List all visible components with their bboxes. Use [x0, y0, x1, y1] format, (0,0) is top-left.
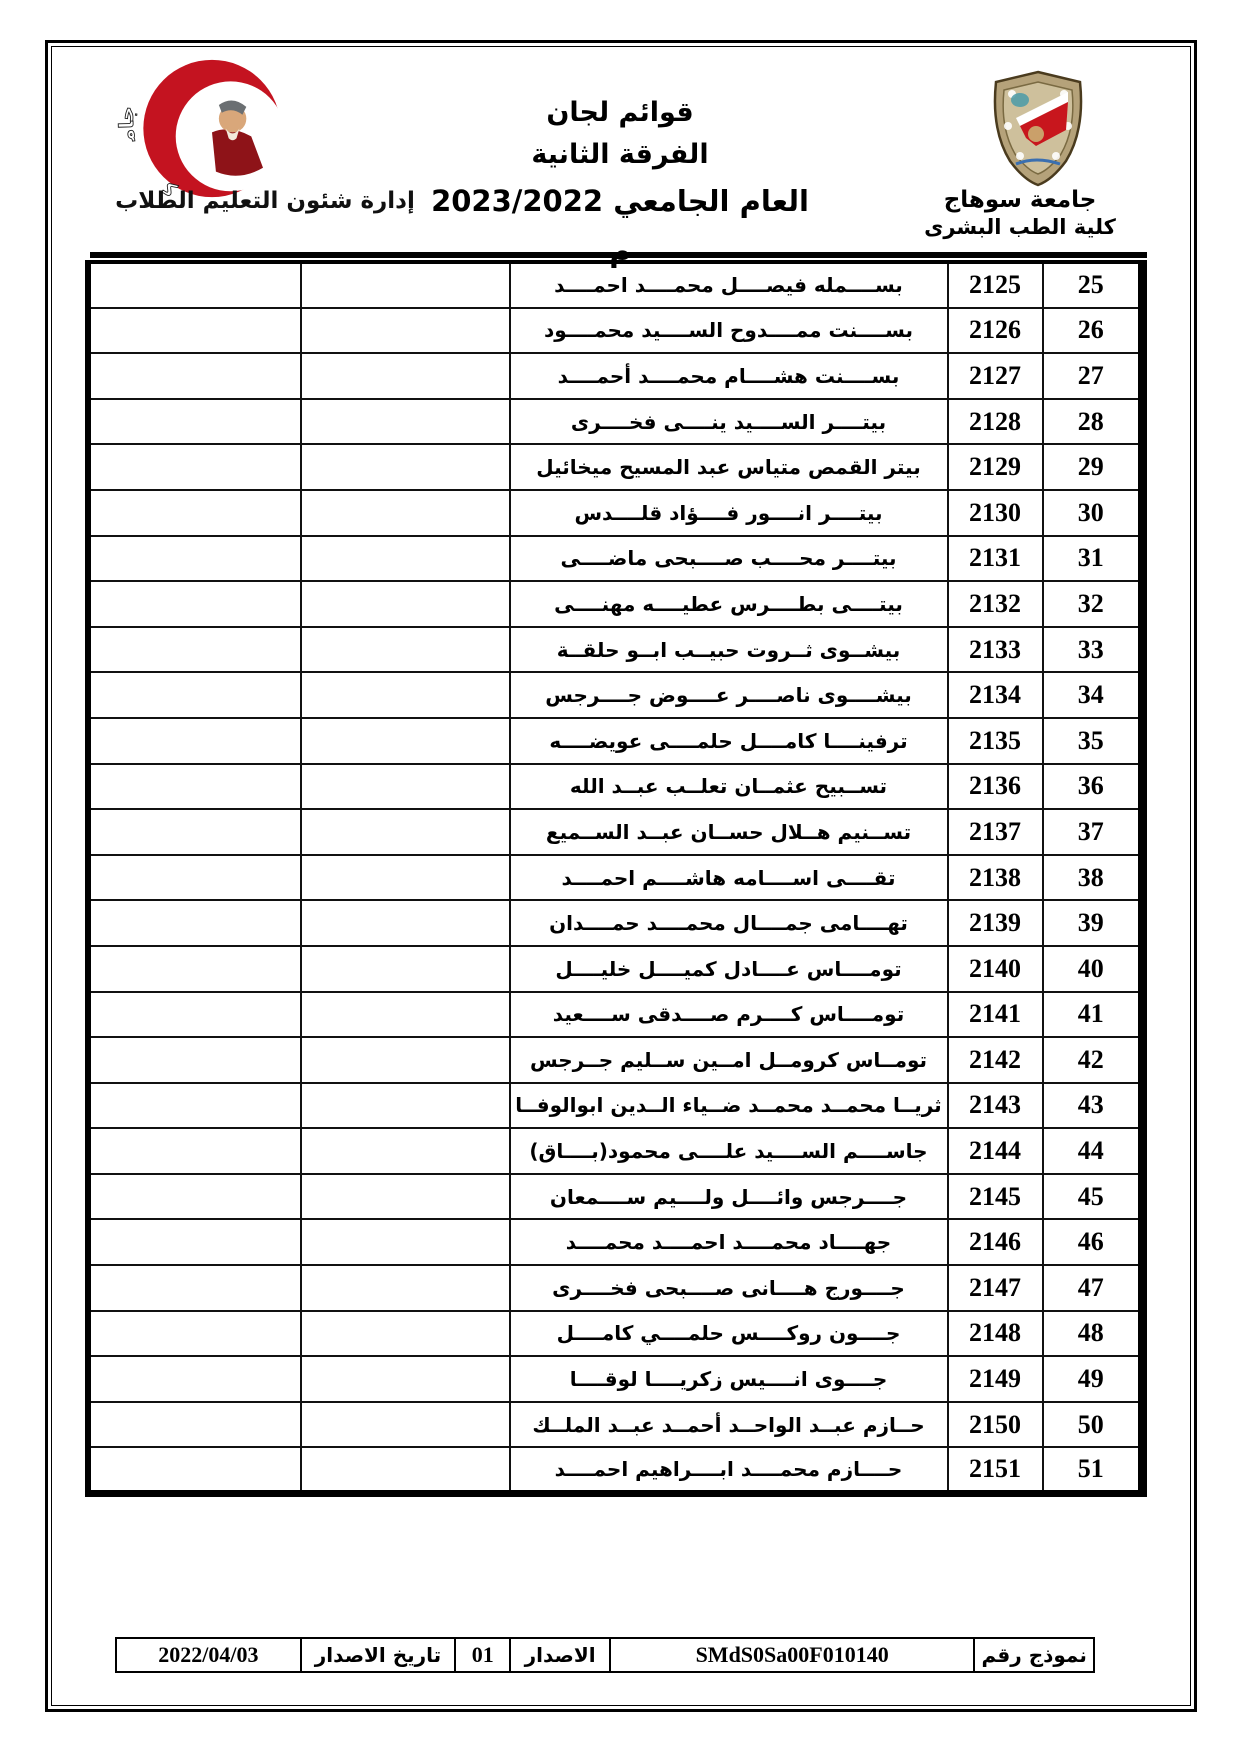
empty-cell	[301, 1356, 510, 1402]
row-student-name: تســبيح عثمــان تعلــب عبــد الله	[510, 764, 948, 810]
row-serial: 44	[1043, 1128, 1143, 1174]
row-student-name: تومــــاس كــــرم صــــدقى ســــعيد	[510, 992, 948, 1038]
title-grade: الفرقة الثانية	[425, 134, 815, 176]
form-number-code: SMdS0Sa00F010140	[610, 1638, 974, 1672]
row-serial: 41	[1043, 992, 1143, 1038]
empty-cell	[88, 353, 301, 399]
empty-cell	[301, 1174, 510, 1220]
row-student-name: جاســــم الســــيد علــــى محمود(بــــاق…	[510, 1128, 948, 1174]
row-serial: 31	[1043, 536, 1143, 582]
students-table-wrap: 252125بســــمله فيصــــل محمــــد احمـــ…	[90, 252, 1147, 1497]
empty-cell	[301, 581, 510, 627]
student-row: 462146جهــــاد محمــــد احمــــد محمــــ…	[88, 1219, 1143, 1265]
student-row: 492149جــــوى انــــيس زكريــــا لوقــــ…	[88, 1356, 1143, 1402]
row-student-name: بســــمله فيصــــل محمــــد احمــــد	[510, 262, 948, 308]
empty-cell	[88, 444, 301, 490]
row-student-name: تســنيم هــلال حســان عبــد الســميع	[510, 809, 948, 855]
row-seat-number: 2140	[948, 946, 1043, 992]
row-serial: 47	[1043, 1265, 1143, 1311]
row-seat-number: 2131	[948, 536, 1043, 582]
row-student-name: جــــوى انــــيس زكريــــا لوقــــا	[510, 1356, 948, 1402]
row-student-name: بيشــوى ثــروت حبيــب ابــو حلقــة	[510, 627, 948, 673]
row-serial: 48	[1043, 1311, 1143, 1357]
row-seat-number: 2142	[948, 1037, 1043, 1083]
row-serial: 27	[1043, 353, 1143, 399]
row-serial: 28	[1043, 399, 1143, 445]
row-serial: 43	[1043, 1083, 1143, 1129]
empty-cell	[88, 809, 301, 855]
empty-cell	[88, 946, 301, 992]
row-seat-number: 2137	[948, 809, 1043, 855]
faculty-name: كلية الطب البشرى	[900, 214, 1140, 240]
row-student-name: حــــازم محمــــد ابــــراهيم احمــــد	[510, 1447, 948, 1493]
empty-cell	[88, 627, 301, 673]
empty-cell	[301, 855, 510, 901]
row-student-name: حــازم عبــد الواحــد أحمــد عبــد الملـ…	[510, 1402, 948, 1448]
empty-cell	[301, 809, 510, 855]
row-seat-number: 2132	[948, 581, 1043, 627]
student-row: 402140تومــــاس عــــادل كميــــل خليـــ…	[88, 946, 1143, 992]
empty-cell	[88, 262, 301, 308]
row-serial: 50	[1043, 1402, 1143, 1448]
row-seat-number: 2127	[948, 353, 1043, 399]
row-serial: 35	[1043, 718, 1143, 764]
university-name: جامعة سوهاج	[900, 186, 1140, 214]
issue-date-value: 2022/04/03	[116, 1638, 301, 1672]
students-table: 252125بســــمله فيصــــل محمــــد احمـــ…	[85, 260, 1148, 1497]
row-student-name: بســــنت ممــــدوح الســــيد محمــــود	[510, 308, 948, 354]
row-student-name: جــــورج هــــانى صــــبحى فخــــرى	[510, 1265, 948, 1311]
empty-cell	[88, 1174, 301, 1220]
row-serial: 42	[1043, 1037, 1143, 1083]
empty-cell	[301, 444, 510, 490]
row-seat-number: 2138	[948, 855, 1043, 901]
form-metadata-table: نموذج رقم SMdS0Sa00F010140 الاصدار 01 تا…	[115, 1637, 1095, 1673]
student-row: 382138تقــــى اســــامه هاشــــم احمــــ…	[88, 855, 1143, 901]
empty-cell	[88, 1311, 301, 1357]
row-seat-number: 2143	[948, 1083, 1043, 1129]
row-serial: 49	[1043, 1356, 1143, 1402]
empty-cell	[88, 718, 301, 764]
row-seat-number: 2144	[948, 1128, 1043, 1174]
row-student-name: بيشــــوى ناصــــر عــــوض جــــرجس	[510, 672, 948, 718]
student-row: 292129بيتر القمص متياس عبد المسيح ميخائي…	[88, 444, 1143, 490]
student-row: 512151حــــازم محمــــد ابــــراهيم احمـ…	[88, 1447, 1143, 1493]
empty-cell	[301, 900, 510, 946]
row-student-name: بيتــــر الســــيد ينــــى فخــــرى	[510, 399, 948, 445]
student-row: 332133بيشــوى ثــروت حبيــب ابــو حلقــة	[88, 627, 1143, 673]
title-committees: قوائم لجان	[425, 92, 815, 134]
empty-cell	[301, 399, 510, 445]
row-student-name: جهــــاد محمــــد احمــــد محمــــد	[510, 1219, 948, 1265]
student-row: 312131بيتــــر محــــب صــــبحى ماضــــى	[88, 536, 1143, 582]
row-student-name: بيتــــر محــــب صــــبحى ماضــــى	[510, 536, 948, 582]
empty-cell	[88, 764, 301, 810]
row-serial: 45	[1043, 1174, 1143, 1220]
empty-cell	[301, 1128, 510, 1174]
issue-date-label: تاريخ الاصدار	[301, 1638, 456, 1672]
row-seat-number: 2126	[948, 308, 1043, 354]
row-seat-number: 2145	[948, 1174, 1043, 1220]
row-serial: 33	[1043, 627, 1143, 673]
empty-cell	[301, 490, 510, 536]
empty-cell	[88, 399, 301, 445]
row-serial: 32	[1043, 581, 1143, 627]
row-seat-number: 2125	[948, 262, 1043, 308]
university-shield-logo	[978, 68, 1098, 188]
empty-cell	[301, 764, 510, 810]
empty-cell	[301, 946, 510, 992]
empty-cell	[301, 1311, 510, 1357]
student-row: 432143ثريــا محمــد محمــد ضــياء الــدي…	[88, 1083, 1143, 1129]
student-row: 502150حــازم عبــد الواحــد أحمــد عبــد…	[88, 1402, 1143, 1448]
row-seat-number: 2130	[948, 490, 1043, 536]
department-title: إدارة شئون التعليم الطلاب	[100, 188, 430, 214]
row-seat-number: 2133	[948, 627, 1043, 673]
row-serial: 38	[1043, 855, 1143, 901]
row-seat-number: 2141	[948, 992, 1043, 1038]
row-student-name: ترفينــــا كامــــل حلمــــى عويضــــه	[510, 718, 948, 764]
row-student-name: جــــرجس وائــــل ولــــيم ســــمعان	[510, 1174, 948, 1220]
row-seat-number: 2151	[948, 1447, 1043, 1493]
row-serial: 39	[1043, 900, 1143, 946]
row-student-name: تومــــاس عــــادل كميــــل خليــــل	[510, 946, 948, 992]
empty-cell	[301, 1447, 510, 1493]
empty-cell	[301, 308, 510, 354]
row-seat-number: 2139	[948, 900, 1043, 946]
student-row: 442144جاســــم الســــيد علــــى محمود(ب…	[88, 1128, 1143, 1174]
row-student-name: تقــــى اســــامه هاشــــم احمــــد	[510, 855, 948, 901]
row-seat-number: 2136	[948, 764, 1043, 810]
student-row: 362136تســبيح عثمــان تعلــب عبــد الله	[88, 764, 1143, 810]
empty-cell	[301, 262, 510, 308]
empty-cell	[301, 353, 510, 399]
row-student-name: بســــنت هشــــام محمــــد أحمــــد	[510, 353, 948, 399]
student-row: 352135ترفينــــا كامــــل حلمــــى عويضـ…	[88, 718, 1143, 764]
university-name-block: جامعة سوهاج كلية الطب البشرى	[900, 186, 1140, 240]
document-page: جامعة سوهاج كلية الطب إدارة شئون التعليم…	[0, 0, 1241, 1755]
row-serial: 26	[1043, 308, 1143, 354]
empty-cell	[301, 718, 510, 764]
row-seat-number: 2146	[948, 1219, 1043, 1265]
empty-cell	[88, 672, 301, 718]
student-row: 272127بســــنت هشــــام محمــــد أحمــــ…	[88, 353, 1143, 399]
row-serial: 51	[1043, 1447, 1143, 1493]
row-student-name: بيتر القمص متياس عبد المسيح ميخائيل	[510, 444, 948, 490]
row-student-name: تومــاس كرومــل امــين ســليم جــرجس	[510, 1037, 948, 1083]
student-row: 372137تســنيم هــلال حســان عبــد الســم…	[88, 809, 1143, 855]
form-number-label: نموذج رقم	[974, 1638, 1094, 1672]
student-row: 472147جــــورج هــــانى صــــبحى فخــــر…	[88, 1265, 1143, 1311]
empty-cell	[88, 1219, 301, 1265]
student-row: 342134بيشــــوى ناصــــر عــــوض جــــرج…	[88, 672, 1143, 718]
row-serial: 25	[1043, 262, 1143, 308]
empty-cell	[88, 1037, 301, 1083]
student-row: 262126بســــنت ممــــدوح الســــيد محمــ…	[88, 308, 1143, 354]
row-serial: 40	[1043, 946, 1143, 992]
student-row: 452145جــــرجس وائــــل ولــــيم ســــمع…	[88, 1174, 1143, 1220]
empty-cell	[88, 1083, 301, 1129]
empty-cell	[88, 581, 301, 627]
row-seat-number: 2147	[948, 1265, 1043, 1311]
empty-cell	[301, 1219, 510, 1265]
row-student-name: تهــــامى جمــــال محمــــد حمــــدان	[510, 900, 948, 946]
issue-value: 01	[455, 1638, 510, 1672]
row-seat-number: 2135	[948, 718, 1043, 764]
shield-figure	[1028, 126, 1044, 142]
student-row: 482148جــــون روكــــس حلمــــي كامــــل	[88, 1311, 1143, 1357]
empty-cell	[88, 992, 301, 1038]
empty-cell	[88, 1265, 301, 1311]
student-row: 412141تومــــاس كــــرم صــــدقى ســــعي…	[88, 992, 1143, 1038]
row-seat-number: 2148	[948, 1311, 1043, 1357]
empty-cell	[301, 1083, 510, 1129]
row-seat-number: 2150	[948, 1402, 1043, 1448]
faculty-crescent-logo: جامعة سوهاج كلية الطب	[112, 52, 312, 204]
row-student-name: جــــون روكــــس حلمــــي كامــــل	[510, 1311, 948, 1357]
student-row: 252125بســــمله فيصــــل محمــــد احمـــ…	[88, 262, 1143, 308]
empty-cell	[301, 1265, 510, 1311]
empty-cell	[88, 1447, 301, 1493]
student-row: 302130بيتــــر انــــور فــــؤاد قلــــد…	[88, 490, 1143, 536]
empty-cell	[301, 627, 510, 673]
empty-cell	[88, 490, 301, 536]
empty-cell	[301, 1037, 510, 1083]
empty-cell	[88, 536, 301, 582]
student-row: 392139تهــــامى جمــــال محمــــد حمــــ…	[88, 900, 1143, 946]
row-serial: 34	[1043, 672, 1143, 718]
row-serial: 46	[1043, 1219, 1143, 1265]
left-logo-top-text: جامعة سوهاج	[112, 52, 140, 144]
empty-cell	[88, 855, 301, 901]
student-row: 282128بيتــــر الســــيد ينــــى فخــــر…	[88, 399, 1143, 445]
row-seat-number: 2134	[948, 672, 1043, 718]
student-row: 422142تومــاس كرومــل امــين ســليم جــر…	[88, 1037, 1143, 1083]
row-serial: 30	[1043, 490, 1143, 536]
students-table-body: 252125بســــمله فيصــــل محمــــد احمـــ…	[88, 262, 1143, 1493]
empty-cell	[88, 900, 301, 946]
row-serial: 29	[1043, 444, 1143, 490]
empty-cell	[301, 1402, 510, 1448]
empty-cell	[88, 1128, 301, 1174]
student-row: 322132بيتــــى بطــــرس عطيــــه مهنــــ…	[88, 581, 1143, 627]
row-serial: 37	[1043, 809, 1143, 855]
issue-label: الاصدار	[510, 1638, 610, 1672]
form-metadata-row: نموذج رقم SMdS0Sa00F010140 الاصدار 01 تا…	[116, 1638, 1094, 1672]
empty-cell	[88, 1356, 301, 1402]
document-title-block: قوائم لجان الفرقة الثانية العام الجامعي …	[425, 92, 815, 276]
empty-cell	[301, 992, 510, 1038]
shield-teal-gem	[1011, 93, 1029, 107]
empty-cell	[88, 1402, 301, 1448]
empty-cell	[301, 672, 510, 718]
empty-cell	[301, 536, 510, 582]
row-student-name: بيتــــى بطــــرس عطيــــه مهنــــى	[510, 581, 948, 627]
row-student-name: ثريــا محمــد محمــد ضــياء الــدين ابوا…	[510, 1083, 948, 1129]
row-serial: 36	[1043, 764, 1143, 810]
row-student-name: بيتــــر انــــور فــــؤاد قلــــدس	[510, 490, 948, 536]
row-seat-number: 2129	[948, 444, 1043, 490]
row-seat-number: 2128	[948, 399, 1043, 445]
empty-cell	[88, 308, 301, 354]
row-seat-number: 2149	[948, 1356, 1043, 1402]
